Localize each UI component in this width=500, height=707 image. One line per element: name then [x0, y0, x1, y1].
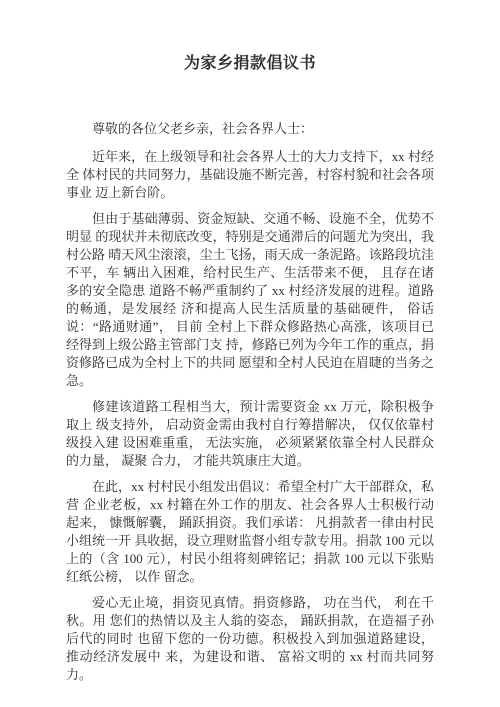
salutation-line: 尊敬的各位父老乡亲，社会各界人士： [66, 120, 434, 138]
paragraph-1: 近年来，在上级领导和社会各界人士的大力支持下，xx 村经全 体村民的共同努力，基… [66, 148, 434, 202]
paragraph-2: 但由于基础薄弱、资金短缺、交通不畅、设施不全，优势不明显 的现状并未彻底改变，特… [66, 210, 434, 390]
paragraph-5: 爱心无止境，捐资见真情。捐资修路， 功在当代， 利在千秋。用 您们的热情以及主人… [66, 594, 434, 684]
document-title: 为家乡捐款倡议书 [66, 53, 434, 75]
document-page: 为家乡捐款倡议书 尊敬的各位父老乡亲，社会各界人士： 近年来，在上级领导和社会各… [0, 0, 500, 707]
paragraph-3: 修建该道路工程相当大，预计需要资金 xx 万元，除积极争取上 级支持外， 启动资… [66, 398, 434, 470]
paragraph-4: 在此，xx 村村民小组发出倡议：希望全村广大干部群众，私营 企业老板，xx 村籍… [66, 478, 434, 586]
